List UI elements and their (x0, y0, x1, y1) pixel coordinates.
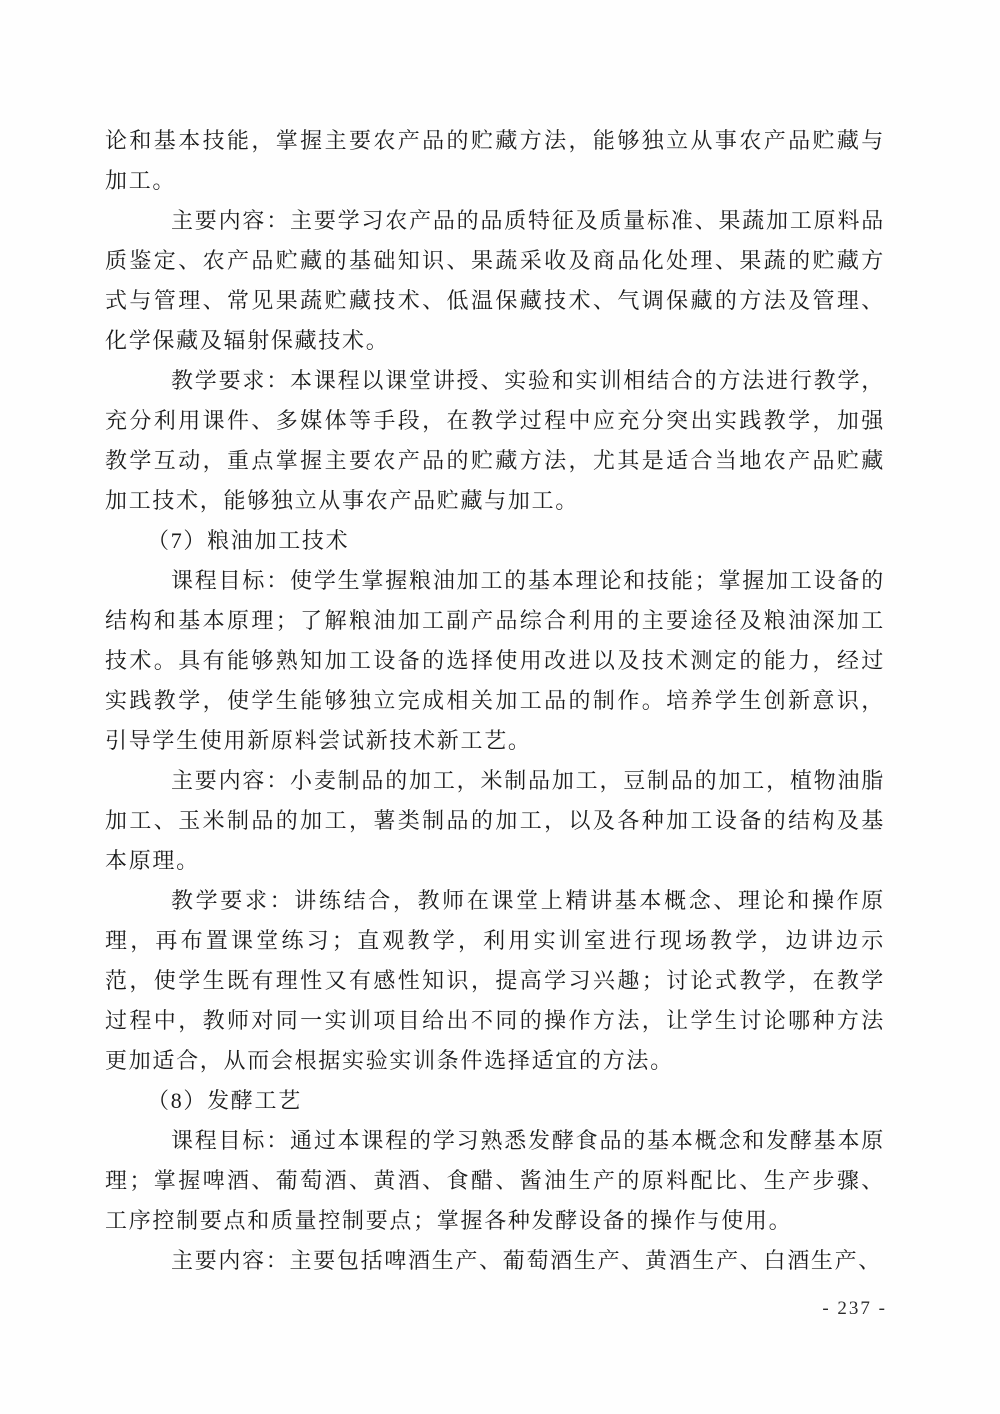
paragraph-continuation: 论和基本技能，掌握主要农产品的贮藏方法，能够独立从事农产品贮藏与加工。 (105, 121, 885, 201)
document-page: 论和基本技能，掌握主要农产品的贮藏方法，能够独立从事农产品贮藏与加工。 主要内容… (0, 0, 1000, 1414)
paragraph-main-content-storage: 主要内容：主要学习农产品的品质特征及质量标准、果蔬加工原料品质鉴定、农产品贮藏的… (105, 201, 885, 361)
paragraph-main-content-fermentation: 主要内容：主要包括啤酒生产、葡萄酒生产、黄酒生产、白酒生产、 (105, 1241, 885, 1281)
section-heading-8-fermentation: （8）发酵工艺 (105, 1081, 885, 1121)
page-number: - 237 - (822, 1298, 887, 1320)
text-content: 论和基本技能，掌握主要农产品的贮藏方法，能够独立从事农产品贮藏与加工。 主要内容… (105, 121, 885, 1281)
paragraph-main-content-grain-oil: 主要内容：小麦制品的加工，米制品加工，豆制品的加工，植物油脂加工、玉米制品的加工… (105, 761, 885, 881)
paragraph-course-objectives-fermentation: 课程目标：通过本课程的学习熟悉发酵食品的基本概念和发酵基本原理；掌握啤酒、葡萄酒… (105, 1121, 885, 1241)
paragraph-teaching-requirements-storage: 教学要求：本课程以课堂讲授、实验和实训相结合的方法进行教学，充分利用课件、多媒体… (105, 361, 885, 521)
section-heading-7-grain-oil-processing: （7）粮油加工技术 (105, 521, 885, 561)
paragraph-teaching-requirements-grain-oil: 教学要求：讲练结合，教师在课堂上精讲基本概念、理论和操作原理，再布置课堂练习；直… (105, 881, 885, 1081)
paragraph-course-objectives-grain-oil: 课程目标：使学生掌握粮油加工的基本理论和技能；掌握加工设备的结构和基本原理；了解… (105, 561, 885, 761)
